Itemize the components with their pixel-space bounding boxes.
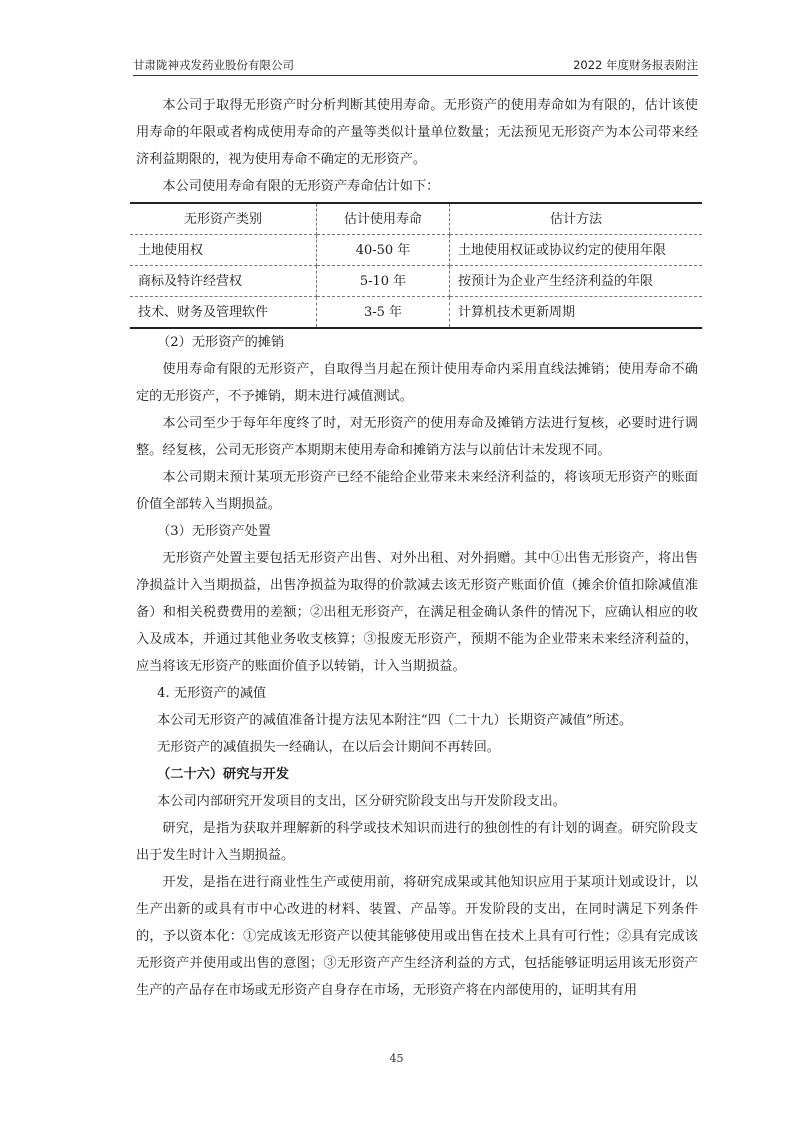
document-body: 本公司于取得无形资产时分析判断其使用寿命。无形资产的使用寿命如为有限的，估计该使…	[136, 92, 698, 1004]
table-cell: 商标及特许经营权	[130, 266, 317, 297]
table-row: 技术、财务及管理软件 3-5 年 计算机技术更新周期	[130, 297, 702, 329]
paragraph: 研究，是指为获取并理解新的科学或技术知识而进行的独创性的有计划的调查。研究阶段支…	[136, 815, 698, 869]
paragraph: 本公司使用寿命有限的无形资产寿命估计如下：	[136, 173, 698, 200]
paragraph: 无形资产处置主要包括无形资产出售、对外出租、对外捐赠。其中①出售无形资产，将出售…	[136, 545, 698, 680]
paragraph: 本公司无形资产的减值准备计提方法见本附注“四（二十九）长期资产减值”所述。	[136, 707, 698, 734]
table-cell: 40-50 年	[317, 235, 450, 266]
paragraph: 本公司内部研究开发项目的支出，区分研究阶段支出与开发阶段支出。	[136, 788, 698, 815]
table-cell: 土地使用权	[130, 235, 317, 266]
table-cell: 计算机技术更新周期	[450, 297, 703, 329]
table-cell: 3-5 年	[317, 297, 450, 329]
table-row: 商标及特许经营权 5-10 年 按预计为企业产生经济利益的年限	[130, 266, 702, 297]
page-number: 45	[0, 1052, 793, 1065]
table-cell: 土地使用权证或协议约定的使用年限	[450, 235, 703, 266]
paragraph: 无形资产的减值损失一经确认，在以后会计期间不再转回。	[136, 734, 698, 761]
paragraph: 使用寿命有限的无形资产，自取得当月起在预计使用寿命内采用直线法摊销；使用寿命不确…	[136, 356, 698, 410]
paragraph: 本公司于取得无形资产时分析判断其使用寿命。无形资产的使用寿命如为有限的，估计该使…	[136, 92, 698, 173]
table-cell: 技术、财务及管理软件	[130, 297, 317, 329]
section-heading: （3）无形资产处置	[136, 518, 698, 545]
table-cell: 5-10 年	[317, 266, 450, 297]
table-cell: 按预计为企业产生经济利益的年限	[450, 266, 703, 297]
column-header: 估计方法	[450, 203, 703, 235]
section-heading: 4. 无形资产的减值	[136, 680, 698, 707]
page-header: 甘肃陇神戎发药业股份有限公司 2022 年度财务报表附注	[133, 55, 698, 75]
paragraph: 开发，是指在进行商业性生产或使用前，将研究成果或其他知识应用于某项计划或设计，以…	[136, 869, 698, 1004]
table-header-row: 无形资产类别 估计使用寿命 估计方法	[130, 203, 702, 235]
column-header: 无形资产类别	[130, 203, 317, 235]
report-title: 2022 年度财务报表附注	[573, 57, 698, 73]
company-name: 甘肃陇神戎发药业股份有限公司	[133, 57, 294, 73]
section-heading: （2）无形资产的摊销	[136, 329, 698, 356]
paragraph: 本公司至少于每年年度终了时，对无形资产的使用寿命及摊销方法进行复核，必要时进行调…	[136, 410, 698, 464]
paragraph: 本公司期末预计某项无形资产已经不能给企业带来未来经济利益的，将该项无形资产的账面…	[136, 464, 698, 518]
section-heading: （二十六）研究与开发	[136, 761, 698, 788]
useful-life-table: 无形资产类别 估计使用寿命 估计方法 土地使用权 40-50 年 土地使用权证或…	[130, 202, 702, 329]
header-divider	[133, 75, 698, 76]
table-row: 土地使用权 40-50 年 土地使用权证或协议约定的使用年限	[130, 235, 702, 266]
column-header: 估计使用寿命	[317, 203, 450, 235]
